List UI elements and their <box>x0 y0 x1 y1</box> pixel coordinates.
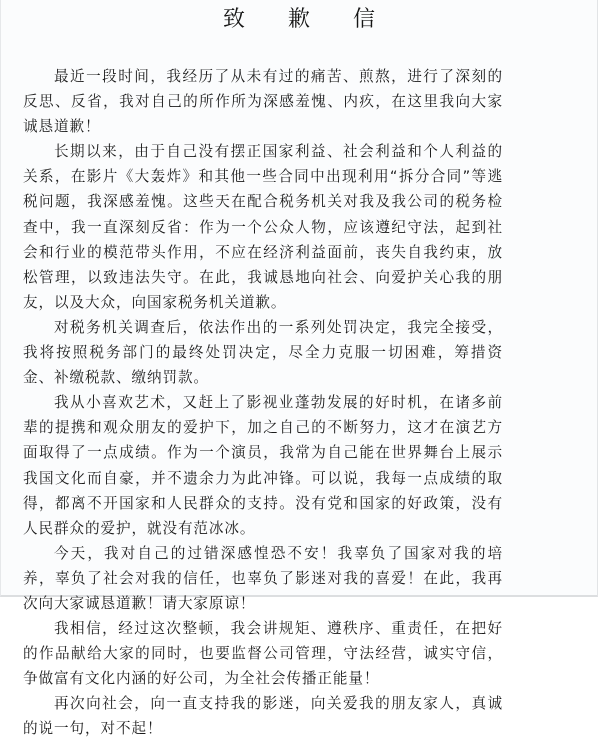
paragraph-career: 我从小喜欢艺术，又赶上了影视业蓬勃发展的好时机，在诸多前辈的提携和观众朋友的爱护… <box>23 390 503 541</box>
paragraph-tax-issue: 长期以来，由于自己没有摆正国家利益、社会利益和个人利益的关系，在影片《大轰炸》和… <box>23 139 503 315</box>
paragraph-remorse: 今天，我对自己的过错深感惶恐不安！我辜负了国家对我的培养，辜负了社会对我的信任，… <box>23 541 503 600</box>
letter-title: 致 歉 信 <box>1 3 597 37</box>
paragraph-accept-penalty: 对税务机关调查后，依法作出的一系列处罚决定，我完全接受，我将按照税务部门的最终处… <box>23 315 503 390</box>
letter-page: 致 歉 信 最近一段时间，我经历了从未有过的痛苦、煎熬，进行了深刻的反思、反省，… <box>0 0 598 597</box>
letter-body: 最近一段时间，我经历了从未有过的痛苦、煎熬，进行了深刻的反思、反省，我对自己的所… <box>23 64 503 600</box>
paragraph-apology-intro: 最近一段时间，我经历了从未有过的痛苦、煎熬，进行了深刻的反思、反省，我对自己的所… <box>23 64 503 139</box>
